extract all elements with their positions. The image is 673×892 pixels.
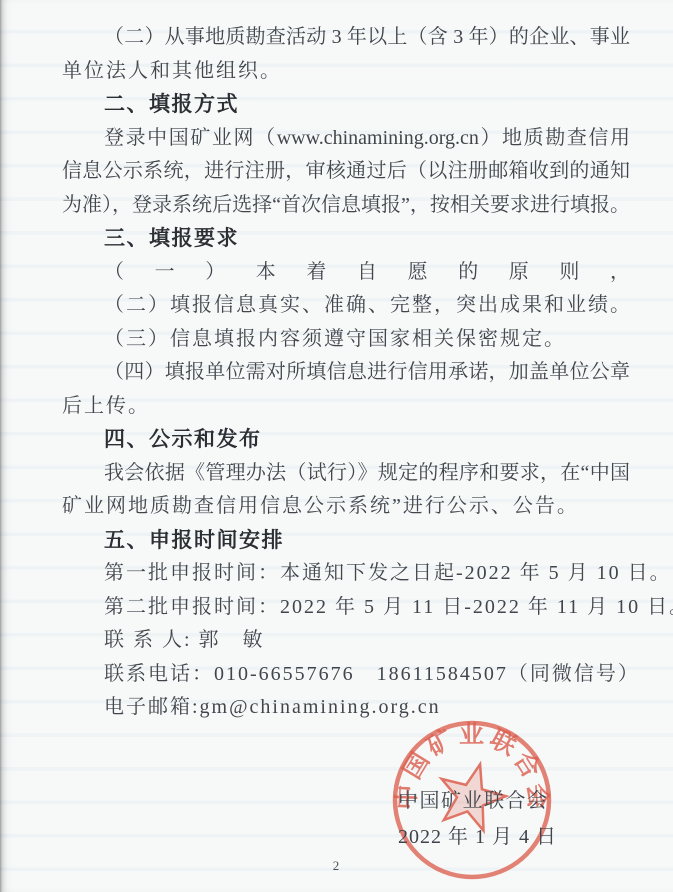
document-line: 电子邮箱:gm@chinamining.org.cn [62, 691, 630, 725]
document-line: （二）填报信息真实、准确、完整，突出成果和业绩。 [62, 289, 630, 323]
document-line: 联 系 人: 郭 敏 [62, 624, 630, 658]
signature-block: 中国矿业联合会 2022 年 1 月 4 日 [398, 784, 557, 854]
section-heading: 三、填报要求 [62, 222, 630, 256]
section-heading: 二、填报方式 [62, 88, 630, 122]
document-line: 后上传。 [62, 390, 630, 424]
section-heading: 五、申报时间安排 [62, 524, 630, 558]
document-line: 我会依据《管理办法（试行）》规定的程序和要求，在“中国 [62, 457, 630, 491]
document-line: （四）填报单位需对所填信息进行信用承诺，加盖单位公章 [62, 356, 630, 390]
document-line: 单位法人和其他组织。 [62, 55, 630, 89]
signature-date: 2022 年 1 月 4 日 [398, 820, 557, 854]
document-line: （一）本着自愿的原则，会员单位可根据需要随时在线填报。 [62, 256, 630, 290]
document-line: 第一批申报时间：本通知下发之日起-2022 年 5 月 10 日。 [62, 557, 630, 591]
document-line: 信息公示系统，进行注册，审核通过后（以注册邮箱收到的通知 [62, 155, 630, 189]
document-line: 为准），登录系统后选择“首次信息填报”，按相关要求进行填报。 [62, 189, 630, 223]
document-body: （二）从事地质勘查活动 3 年以上（含 3 年）的企业、事业单位法人和其他组织。… [62, 21, 630, 725]
document-line: 登录中国矿业网（www.chinamining.org.cn）地质勘查信用 [62, 122, 630, 156]
document-line: （三）信息填报内容须遵守国家相关保密规定。 [62, 323, 630, 357]
page-number: 2 [326, 858, 346, 874]
document-line: 矿业网地质勘查信用信息公示系统”进行公示、公告。 [62, 490, 630, 524]
section-heading: 四、公示和发布 [62, 423, 630, 457]
document-line: （二）从事地质勘查活动 3 年以上（含 3 年）的企业、事业 [62, 21, 630, 55]
document-line: 第二批申报时间：2022 年 5 月 11 日-2022 年 11 月 10 日… [62, 591, 630, 625]
document-page: （二）从事地质勘查活动 3 年以上（含 3 年）的企业、事业单位法人和其他组织。… [0, 0, 673, 892]
signature-org: 中国矿业联合会 [398, 784, 557, 818]
document-line: 联系电话：010-66557676 18611584507（同微信号） [62, 658, 630, 692]
